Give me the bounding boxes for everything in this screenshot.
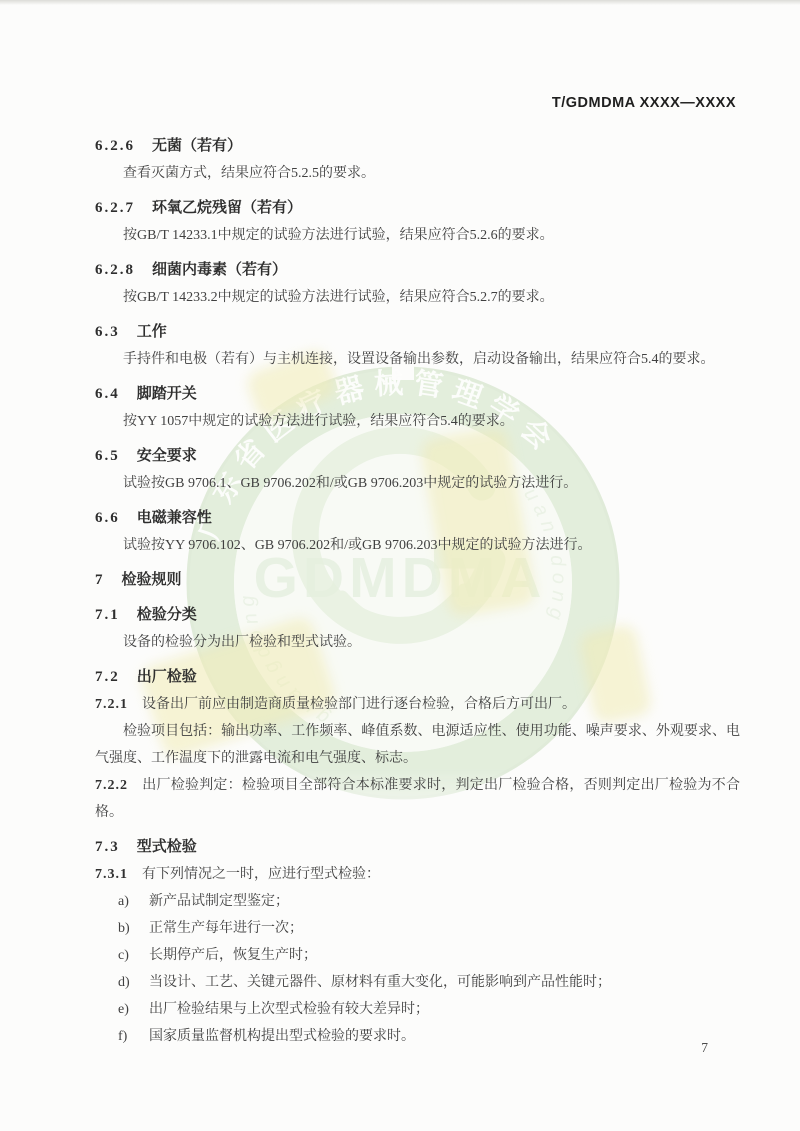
paragraph-inspection-items: 检验项目包括：输出功率、工作频率、峰值系数、电源适应性、使用功能、噪声要求、外观…	[95, 718, 740, 772]
paragraph-6-3: 手持件和电极（若有）与主机连接，设置设备输出参数，启动设备输出，结果应符合5.4…	[95, 346, 740, 373]
heading-title: 电磁兼容性	[137, 510, 212, 526]
clause-number: 7.2.1	[95, 697, 128, 712]
clause-7-3-1: 7.3.1有下列情况之一时，应进行型式检验：	[95, 861, 740, 888]
paragraph-6-2-6: 查看灭菌方式，结果应符合5.2.5的要求。	[95, 160, 740, 187]
heading-number: 6.6	[95, 510, 120, 526]
list-item: b)正常生产每年进行一次；	[118, 915, 740, 942]
list-text: 出厂检验结果与上次型式检验有较大差异时；	[149, 996, 429, 1023]
heading-number: 6.2.6	[95, 138, 135, 154]
clause-7-2-2: 7.2.2出厂检验判定：检验项目全部符合本标准要求时，判定出厂检验合格，否则判定…	[95, 772, 740, 826]
heading-7-2: 7.2出厂检验	[95, 664, 740, 691]
list-text: 当设计、工艺、关键元器件、原材料有重大变化，可能影响到产品性能时；	[149, 969, 611, 996]
list-item: e)出厂检验结果与上次型式检验有较大差异时；	[118, 996, 740, 1023]
heading-6-3: 6.3工作	[95, 319, 740, 346]
list-text: 长期停产后，恢复生产时；	[149, 942, 317, 969]
list-marker: b)	[118, 915, 138, 942]
heading-title: 环氧乙烷残留（若有）	[152, 200, 302, 216]
heading-title: 检验分类	[137, 607, 197, 623]
heading-title: 细菌内毒素（若有）	[152, 262, 287, 278]
list-marker: d)	[118, 969, 138, 996]
list-item: c)长期停产后，恢复生产时；	[118, 942, 740, 969]
paragraph-6-2-8: 按GB/T 14233.2中规定的试验方法进行试验，结果应符合5.2.7的要求。	[95, 284, 740, 311]
heading-title: 型式检验	[137, 839, 197, 855]
list-text: 新产品试制定型鉴定；	[149, 888, 289, 915]
page-number: 7	[701, 1040, 708, 1056]
heading-number: 7.3	[95, 839, 120, 855]
paragraph-6-6: 试验按YY 9706.102、GB 9706.202和/或GB 9706.203…	[95, 532, 740, 559]
heading-number: 6.4	[95, 386, 120, 402]
clause-text: 有下列情况之一时，应进行型式检验：	[142, 867, 380, 882]
list-text: 正常生产每年进行一次；	[149, 915, 303, 942]
heading-title: 检验规则	[122, 572, 182, 588]
paragraph-6-2-7: 按GB/T 14233.1中规定的试验方法进行试验，结果应符合5.2.6的要求。	[95, 222, 740, 249]
paragraph-7-1: 设备的检验分为出厂检验和型式试验。	[95, 629, 740, 656]
list-item: d)当设计、工艺、关键元器件、原材料有重大变化，可能影响到产品性能时；	[118, 969, 740, 996]
list-marker: f)	[118, 1023, 138, 1050]
clause-text: 设备出厂前应由制造商质量检验部门进行逐台检验，合格后方可出厂。	[142, 697, 576, 712]
heading-6-4: 6.4脚踏开关	[95, 381, 740, 408]
heading-title: 安全要求	[137, 448, 197, 464]
list-marker: e)	[118, 996, 138, 1023]
heading-7-3: 7.3型式检验	[95, 834, 740, 861]
heading-title: 出厂检验	[137, 669, 197, 685]
heading-number: 7.1	[95, 607, 120, 623]
heading-6-5: 6.5安全要求	[95, 443, 740, 470]
document-content: 6.2.6无菌（若有） 查看灭菌方式，结果应符合5.2.5的要求。 6.2.7环…	[95, 125, 740, 1050]
heading-number: 6.2.8	[95, 262, 135, 278]
heading-title: 脚踏开关	[137, 386, 197, 402]
clause-number: 7.3.1	[95, 867, 128, 882]
clause-7-2-1: 7.2.1设备出厂前应由制造商质量检验部门进行逐台检验，合格后方可出厂。	[95, 691, 740, 718]
document-page: 广东省医疗器械管理学会 guangdong guangdong GDMDMA T…	[0, 0, 800, 1131]
heading-7: 7检验规则	[95, 567, 740, 594]
heading-number: 7	[95, 572, 105, 588]
heading-number: 6.2.7	[95, 200, 135, 216]
heading-6-2-8: 6.2.8细菌内毒素（若有）	[95, 257, 740, 284]
heading-title: 无菌（若有）	[152, 138, 242, 154]
heading-number: 6.5	[95, 448, 120, 464]
heading-6-2-7: 6.2.7环氧乙烷残留（若有）	[95, 195, 740, 222]
doc-code: T/GDMDMA XXXX—XXXX	[552, 95, 736, 111]
list-item: a)新产品试制定型鉴定；	[118, 888, 740, 915]
paragraph-6-5: 试验按GB 9706.1、GB 9706.202和/或GB 9706.203中规…	[95, 470, 740, 497]
type-inspection-list: a)新产品试制定型鉴定； b)正常生产每年进行一次； c)长期停产后，恢复生产时…	[118, 888, 740, 1050]
heading-number: 6.3	[95, 324, 120, 340]
list-text: 国家质量监督机构提出型式检验的要求时。	[149, 1023, 415, 1050]
clause-text: 出厂检验判定：检验项目全部符合本标准要求时，判定出厂检验合格，否则判定出厂检验为…	[95, 778, 740, 820]
heading-7-1: 7.1检验分类	[95, 602, 740, 629]
list-marker: a)	[118, 888, 138, 915]
heading-title: 工作	[137, 324, 167, 340]
list-marker: c)	[118, 942, 138, 969]
paragraph-6-4: 按YY 1057中规定的试验方法进行试验，结果应符合5.4的要求。	[95, 408, 740, 435]
heading-6-2-6: 6.2.6无菌（若有）	[95, 133, 740, 160]
clause-number: 7.2.2	[95, 778, 128, 793]
heading-number: 7.2	[95, 669, 120, 685]
list-item: f)国家质量监督机构提出型式检验的要求时。	[118, 1023, 740, 1050]
heading-6-6: 6.6电磁兼容性	[95, 505, 740, 532]
